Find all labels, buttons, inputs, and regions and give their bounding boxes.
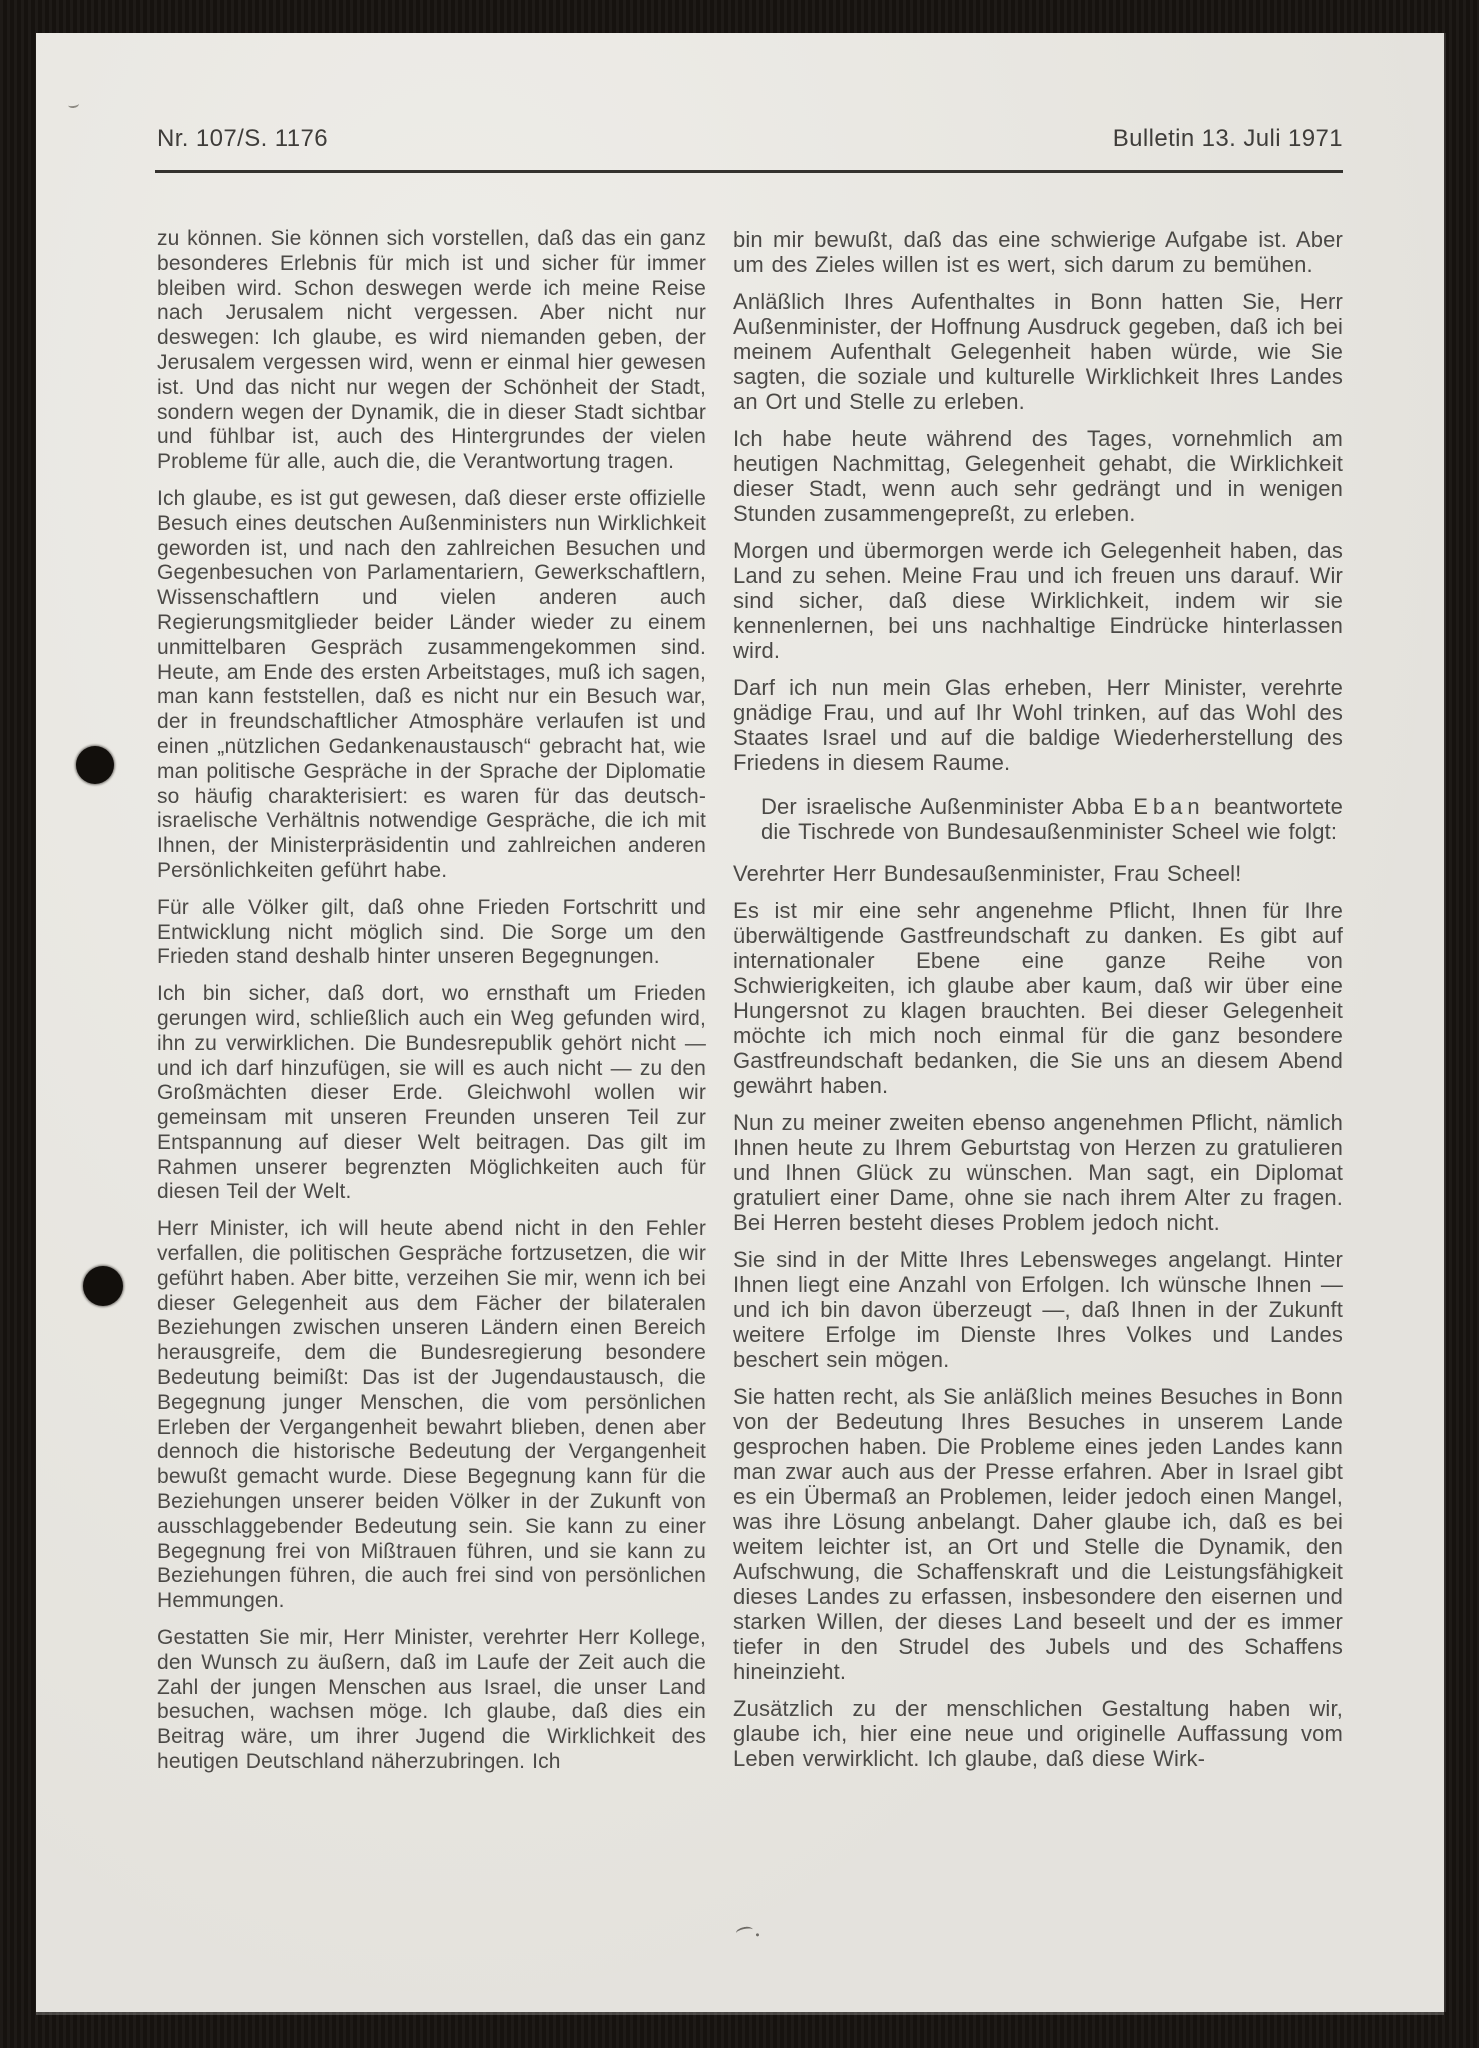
pencil-mark-bottom xyxy=(735,1925,753,1937)
right-text-column: bin mir bewußt, daß das eine schwierige … xyxy=(733,227,1343,1783)
header-rule xyxy=(155,170,1343,173)
paragraph: Für alle Völker gilt, daß ohne Frieden F… xyxy=(157,896,706,970)
paragraph: Ich bin sicher, daß dort, wo ernsthaft u… xyxy=(157,982,706,1205)
paragraph: Morgen und übermorgen werde ich Gelegenh… xyxy=(733,538,1343,663)
paragraph: Ich habe heute während des Tages, vorneh… xyxy=(733,426,1343,526)
paragraph: Sie sind in der Mitte Ihres Lebensweges … xyxy=(733,1247,1343,1372)
punch-hole-bottom xyxy=(83,1266,123,1306)
document-page: Nr. 107/S. 1176 Bulletin 13. Juli 1971 z… xyxy=(36,33,1444,2012)
paragraph: zu können. Sie können sich vorstellen, d… xyxy=(157,227,706,475)
paragraph: bin mir bewußt, daß das eine schwierige … xyxy=(733,227,1343,277)
pencil-mark-top xyxy=(68,100,80,108)
scan-background: Nr. 107/S. 1176 Bulletin 13. Juli 1971 z… xyxy=(0,0,1479,2048)
paragraph: Verehrter Herr Bundesaußenminister, Frau… xyxy=(733,861,1343,886)
paragraph: Ich glaube, es ist gut gewesen, daß dies… xyxy=(157,487,706,884)
paragraph: Es ist mir eine sehr angenehme Pflicht, … xyxy=(733,898,1343,1098)
paragraph: Sie hatten recht, als Sie anläßlich mein… xyxy=(733,1384,1343,1684)
punch-hole-top xyxy=(76,746,114,784)
paragraph: Darf ich nun mein Glas erheben, Herr Min… xyxy=(733,675,1343,775)
paragraph: Anläßlich Ihres Aufenthaltes in Bonn hat… xyxy=(733,289,1343,414)
page-header: Nr. 107/S. 1176 Bulletin 13. Juli 1971 xyxy=(157,125,1343,153)
paragraph: Gestatten Sie mir, Herr Minister, verehr… xyxy=(157,1626,706,1775)
paragraph: Herr Minister, ich will heute abend nich… xyxy=(157,1217,706,1614)
masthead-date: Bulletin 13. Juli 1971 xyxy=(1113,125,1343,153)
paragraph: Nun zu meiner zweiten ebenso angenehmen … xyxy=(733,1110,1343,1235)
person-name-letterspaced: Eban xyxy=(1133,794,1204,819)
left-text-column: zu können. Sie können sich vorstellen, d… xyxy=(157,227,706,1787)
paragraph: Der israelische Außenminister Abba Eban … xyxy=(761,794,1343,844)
issue-number: Nr. 107/S. 1176 xyxy=(157,125,328,153)
paragraph: Zusätzlich zu der menschlichen Gestaltun… xyxy=(733,1696,1343,1771)
